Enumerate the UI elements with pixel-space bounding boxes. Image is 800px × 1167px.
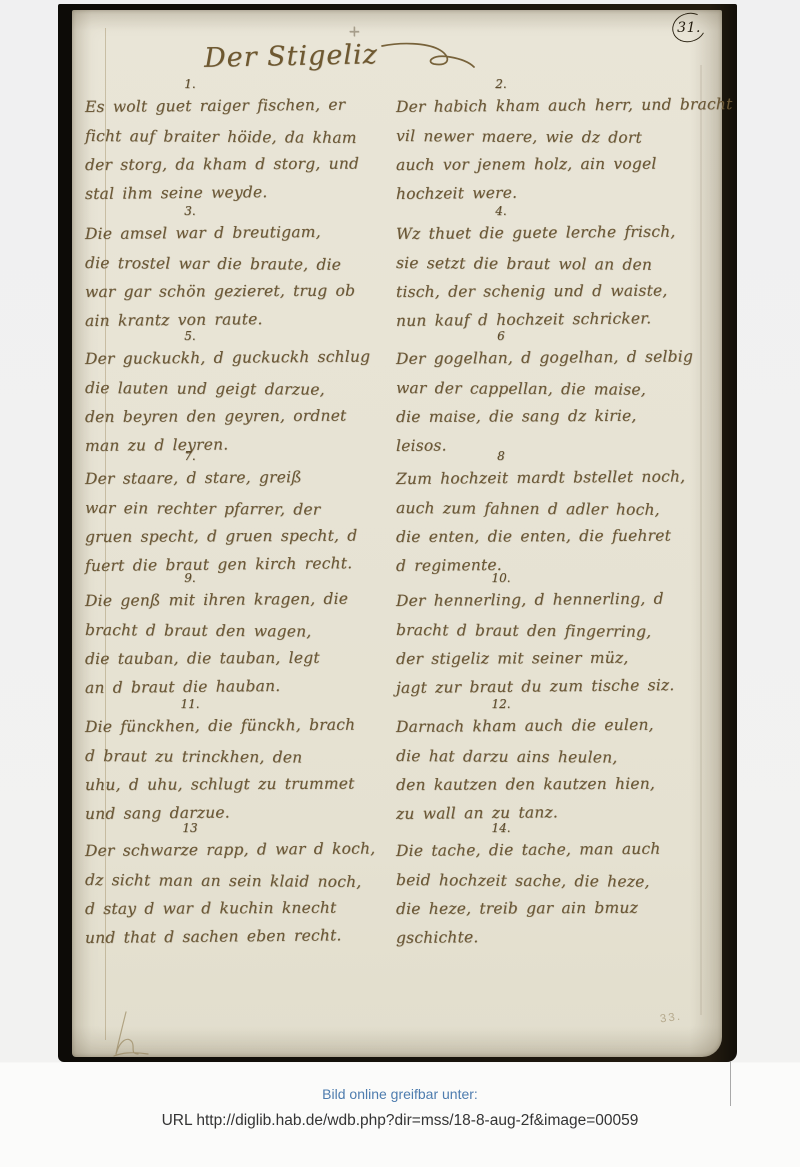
verse-line: die enten, die enten, die fuehret [396, 521, 685, 552]
verse-line: der stigeliz mit seiner müz, [396, 644, 675, 674]
verse-line: auch zum fahnen d adler hoch, [396, 494, 685, 525]
verse-line: Die fünckhen, die fünckh, brach [85, 711, 356, 742]
verse-line: bracht d braut den fingerring, [396, 616, 675, 647]
verse-line: Der gogelhan, d gogelhan, d selbig [396, 342, 693, 374]
verse-stanza: 1.Es wolt guet raiger fischen, erficht a… [85, 78, 359, 209]
verse-line: dz sicht man an sein klaid noch, [85, 866, 376, 897]
verse-line: Darnach kham auch die eulen, [396, 711, 655, 742]
verse-line: Der staare, d stare, greiß [85, 463, 358, 494]
verse-line: auch vor jenem holz, ain vogel [396, 149, 733, 180]
verse-line: d stay d war d kuchin knecht [85, 893, 376, 924]
page-title: Der Stigeliz [204, 39, 378, 74]
verse-line: Zum hochzeit mardt bstellet noch, [396, 462, 686, 494]
verse-line: den beyren den geyren, ordnet [85, 402, 370, 432]
verse-stanza: 2.Der habich kham auch herr, und brachtv… [396, 78, 733, 209]
verse-stanza: 8Zum hochzeit mardt bstellet noch,auch z… [396, 450, 685, 581]
verse-line: war der cappellan, die maise, [396, 374, 693, 405]
manuscript-scan: + 31. Der Stigeliz 1.Es wolt guet raiger… [58, 4, 737, 1062]
folio-number: 31. [677, 20, 701, 36]
verse-line: war ein rechter pfarrer, der [85, 494, 358, 525]
footer-caption: Bild online greifbar unter: [0, 1086, 800, 1102]
verse-stanza: 7.Der staare, d stare, greißwar ein rech… [85, 450, 357, 581]
verse-line: Der guckuckh, d guckuckh schlug [85, 343, 371, 374]
title-flourish [380, 40, 476, 70]
verse-line: bracht d braut den wagen, [85, 616, 348, 647]
verse-line: die heze, treib gar ain bmuz [396, 894, 661, 924]
verse-line: die lauten und geigt darzue, [85, 374, 370, 405]
verse-stanza: 9.Die genß mit ihren kragen, diebracht d… [85, 572, 348, 703]
verse-line: gruen specht, d gruen specht, d [85, 522, 358, 552]
verse-stanza: 10.Der hennerling, d hennerling, dbracht… [396, 572, 674, 703]
verse-line: Der schwarze rapp, d war d koch, [85, 834, 376, 866]
verse-line: Es wolt guet raiger fischen, er [85, 91, 359, 122]
verse-line: tisch, der schenig und d waiste, [396, 277, 676, 307]
verse-stanza: 3.Die amsel war d breutigam,die trostel … [85, 205, 355, 336]
footer-url: URL http://diglib.hab.de/wdb.php?dir=mss… [0, 1112, 800, 1130]
verse-line: war gar schön gezieret, trug ob [85, 277, 355, 307]
cross-mark: + [348, 22, 361, 40]
verse-line: der storg, da kham d storg, und [85, 150, 359, 180]
verse-line: die tauban, die tauban, legt [85, 644, 348, 674]
verse-line: den kautzen den kautzen hien, [396, 770, 655, 800]
verse-line: die hat darzu ains heulen, [396, 742, 655, 773]
folio-number-circle: 31. [668, 8, 709, 46]
ink-mark [112, 1010, 152, 1060]
verse-line: Wz thuet die guete lerche frisch, [396, 218, 676, 249]
verse-stanza: 14.Die tache, die tache, man auchbeid ho… [396, 822, 661, 953]
verse-line: Der hennerling, d hennerling, d [396, 585, 675, 616]
verse-line: die trostel war die braute, die [85, 249, 355, 280]
verse-line: gschichte. [396, 921, 661, 953]
verse-stanza: 5.Der guckuckh, d guckuckh schlugdie lau… [85, 330, 370, 461]
verse-stanza: 11.Die fünckhen, die fünckh, brachd brau… [85, 698, 355, 829]
verse-line: Die genß mit ihren kragen, die [85, 585, 348, 616]
verse-line: ficht auf braiter höide, da kham [85, 122, 359, 153]
verse-stanza: 4.Wz thuet die guete lerche frisch,sie s… [396, 205, 675, 336]
pencil-note: 33. [659, 1011, 682, 1026]
verse-line: uhu, d uhu, schlugt zu trummet [85, 770, 355, 800]
manuscript-page: + 31. Der Stigeliz 1.Es wolt guet raiger… [72, 10, 722, 1057]
verse-line: beid hochzeit sache, die heze, [396, 866, 661, 897]
verse-stanza: 6Der gogelhan, d gogelhan, d selbigwar d… [396, 330, 693, 461]
verse-line: Die amsel war d breutigam, [85, 218, 355, 249]
verse-line: und that d sachen eben recht. [85, 921, 376, 953]
verse-line: sie setzt die braut wol an den [396, 249, 676, 280]
verse-line: Die tache, die tache, man auch [396, 835, 661, 866]
verse-stanza: 13Der schwarze rapp, d war d koch,dz sic… [85, 822, 375, 953]
verse-line: die maise, die sang dz kirie, [396, 401, 693, 432]
verse-stanza: 12.Darnach kham auch die eulen,die hat d… [396, 698, 655, 829]
verse-line: d braut zu trinckhen, den [85, 742, 355, 773]
verse-line: Der habich kham auch herr, und bracht [396, 90, 733, 122]
